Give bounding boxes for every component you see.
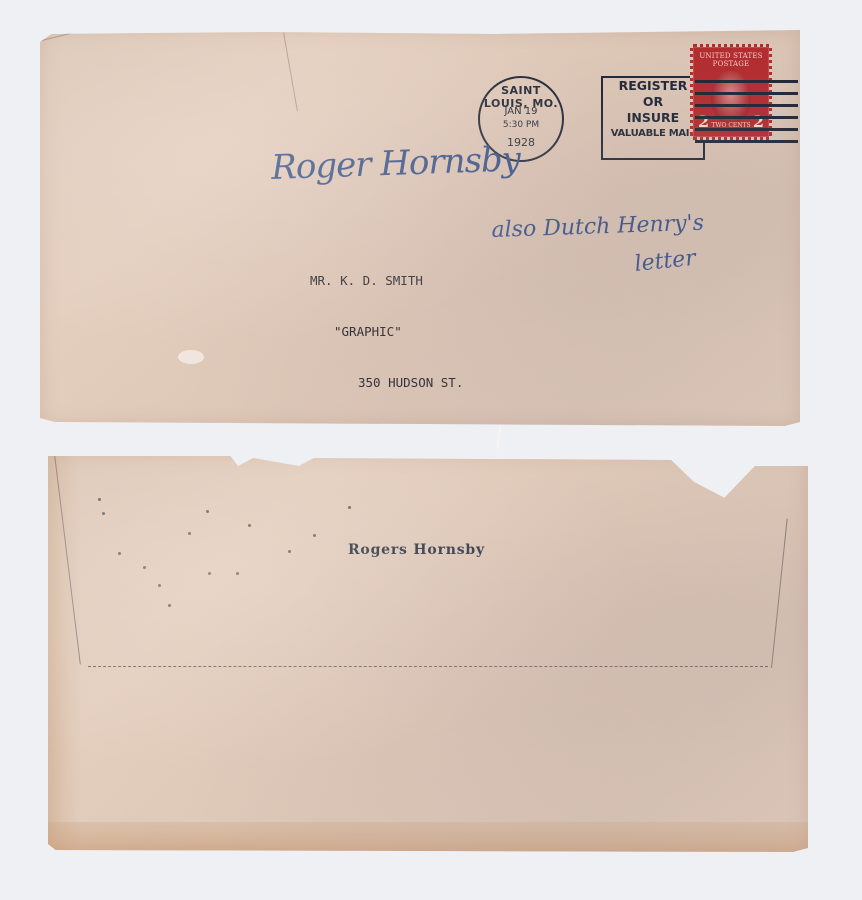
paper-thread bbox=[496, 425, 511, 450]
slogan-line: INSURE bbox=[603, 110, 703, 126]
side-flap-stain bbox=[48, 454, 80, 852]
flap-edge bbox=[88, 666, 768, 668]
postmark-date: JAN 19 bbox=[480, 106, 562, 117]
bottom-flap-stain bbox=[48, 822, 808, 852]
handwritten-note: also Dutch Henry's bbox=[491, 211, 704, 243]
paper-stain bbox=[178, 350, 204, 364]
slogan-line: OR bbox=[603, 94, 703, 110]
paper-crease bbox=[42, 18, 132, 41]
address-line: 350 HUDSON ST. bbox=[310, 374, 508, 391]
return-name: Rogers Hornsby bbox=[348, 542, 485, 558]
address-line: NEW YORK N. Y. bbox=[310, 425, 508, 442]
typed-address: MR. K. D. SMITH "GRAPHIC" 350 HUDSON ST.… bbox=[310, 238, 508, 476]
flap-edge bbox=[771, 519, 788, 668]
handwritten-signature: Roger Hornsby bbox=[271, 139, 521, 188]
paper-tear bbox=[283, 33, 298, 112]
slogan-line: VALUABLE MAIL bbox=[603, 126, 703, 142]
stamp-issuer: UNITED STATES POSTAGE bbox=[693, 52, 769, 68]
address-line: MR. K. D. SMITH bbox=[310, 272, 508, 289]
postmark-time: 5:30 PM bbox=[480, 120, 562, 130]
envelope-back: Rogers Hornsby bbox=[48, 454, 808, 852]
address-line: "GRAPHIC" bbox=[310, 323, 508, 340]
slogan-line: REGISTER bbox=[603, 78, 703, 94]
handwritten-note: letter bbox=[633, 246, 697, 277]
cancel-bars bbox=[695, 80, 798, 158]
envelope-front: SAINT LOUIS, MO. JAN 19 5:30 PM 1928 REG… bbox=[40, 30, 800, 426]
